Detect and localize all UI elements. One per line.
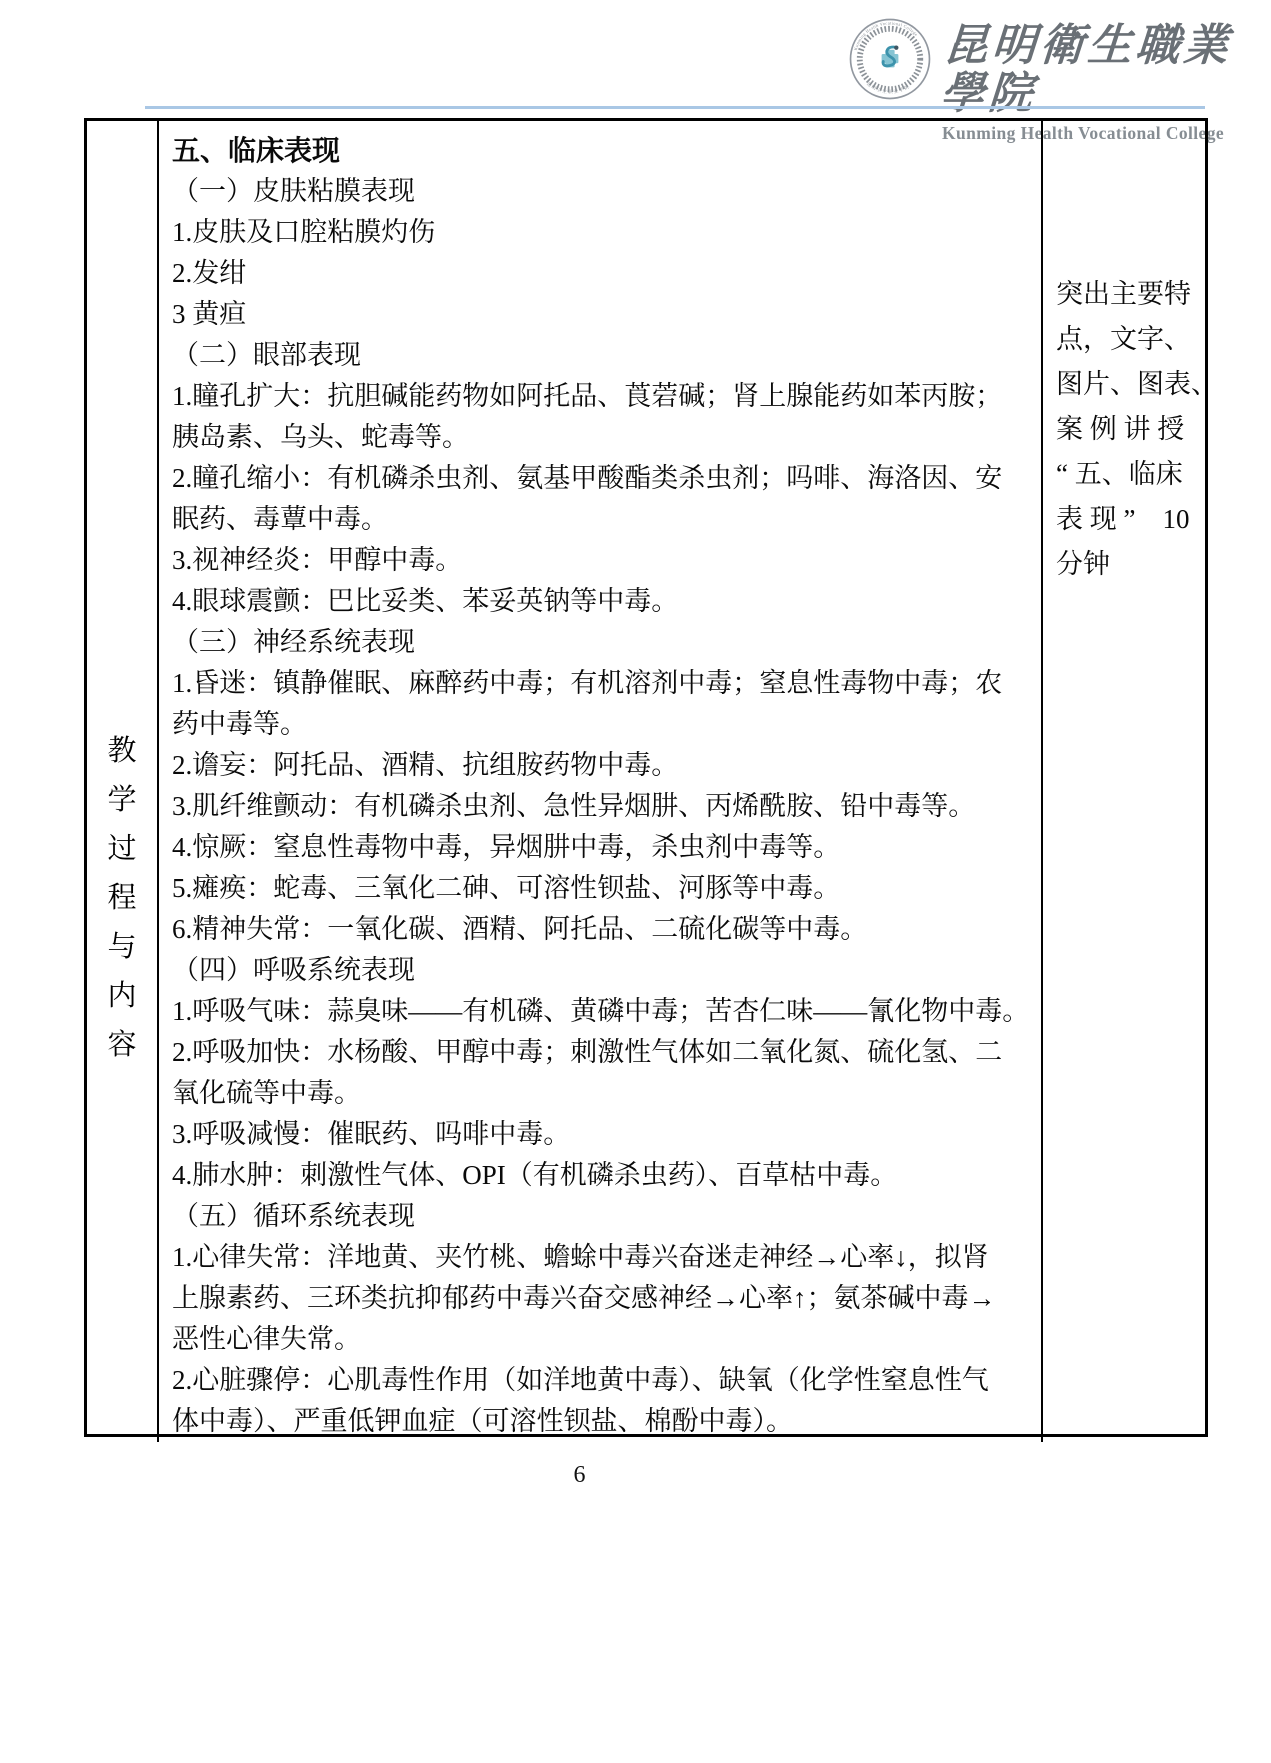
content-line: 2.谵妄：阿托品、酒精、抗组胺药物中毒。 [172, 745, 1031, 786]
content-line: 1.昏迷：镇静催眠、麻醉药中毒；有机溶剂中毒；窒息性毒物中毒；农 [172, 663, 1031, 704]
note-line: 点，文字、 [1056, 317, 1218, 362]
seal-dragon-head [894, 45, 898, 49]
content-line: 3.视神经炎：甲醇中毒。 [172, 540, 1031, 581]
college-seal-logo: Kunming Health Vocational College 昆明卫生职业… [848, 16, 932, 102]
content-line: 上腺素药、三环类抗抑郁药中毒兴奋交感神经→心率↑；氨茶碱中毒→ [172, 1278, 1031, 1319]
table-cell-notes: 突出主要特点，文字、图片、图表、案 例 讲 授“ 五、临床表 现 ” 10分钟 [1043, 121, 1226, 1442]
content-line: 1.心律失常：洋地黄、夹竹桃、蟾蜍中毒兴奋迷走神经→心率↓，拟肾 [172, 1237, 1031, 1278]
content-line: 3.肌纤维颤动：有机磷杀虫剂、急性异烟肼、丙烯酰胺、铅中毒等。 [172, 786, 1031, 827]
table-cell-row-header: 教 学 过 程 与 内 容 [87, 121, 159, 1442]
page-number: 6 [0, 1462, 1159, 1489]
note-line: 突出主要特 [1056, 272, 1218, 317]
content-line: （二）眼部表现 [172, 335, 1031, 376]
lesson-plan-table: 教 学 过 程 与 内 容 五、临床表现（一）皮肤粘膜表现1.皮肤及口腔粘膜灼伤… [84, 118, 1208, 1437]
college-name-calligraphy: 昆明衛生職業學院 [939, 22, 1271, 118]
content-line: 体中毒）、严重低钾血症（可溶性钡盐、棉酚中毒）。 [172, 1401, 1031, 1442]
content-line: 5.瘫痪：蛇毒、三氧化二砷、可溶性钡盐、河豚等中毒。 [172, 868, 1031, 909]
content-line: 2.瞳孔缩小：有机磷杀虫剂、氨基甲酸酯类杀虫剂；吗啡、海洛因、安 [172, 458, 1031, 499]
note-line: 图片、图表、 [1056, 362, 1218, 407]
content-line: 胰岛素、乌头、蛇毒等。 [172, 417, 1031, 458]
document-page: Kunming Health Vocational College 昆明卫生职业… [0, 0, 1271, 1763]
content-line: （一）皮肤粘膜表现 [172, 171, 1031, 212]
note-line: “ 五、临床 [1056, 452, 1218, 497]
content-line: 3.呼吸减慢：催眠药、吗啡中毒。 [172, 1114, 1031, 1155]
content-line: 2.发绀 [172, 253, 1031, 294]
content-line: 2.心脏骤停：心肌毒性作用（如洋地黄中毒）、缺氧（化学性窒息性气 [172, 1360, 1031, 1401]
content-line: 五、临床表现 [172, 130, 1031, 171]
content-line: 4.惊厥：窒息性毒物中毒，异烟肼中毒，杀虫剂中毒等。 [172, 827, 1031, 868]
note-line: 分钟 [1056, 542, 1218, 587]
content-line: 4.眼球震颤：巴比妥类、苯妥英钠等中毒。 [172, 581, 1031, 622]
content-line: （四）呼吸系统表现 [172, 950, 1031, 991]
content-line: 4.肺水肿：刺激性气体、OPI（有机磷杀虫药）、百草枯中毒。 [172, 1155, 1031, 1196]
header-divider [145, 106, 1205, 109]
content-line: （三）神经系统表现 [172, 622, 1031, 663]
row-header-teaching-process: 教 学 过 程 与 内 容 [87, 121, 157, 1070]
content-line: 1.呼吸气味：蒜臭味——有机磷、黄磷中毒；苦杏仁味——氰化物中毒。 [172, 991, 1031, 1032]
content-line: 6.精神失常：一氧化碳、酒精、阿托品、二硫化碳等中毒。 [172, 909, 1031, 950]
content-line: （五）循环系统表现 [172, 1196, 1031, 1237]
note-lines: 突出主要特点，文字、图片、图表、案 例 讲 授“ 五、临床表 现 ” 10分钟 [1056, 272, 1218, 587]
note-line: 案 例 讲 授 [1056, 407, 1218, 452]
content-line: 眠药、毒蕈中毒。 [172, 499, 1031, 540]
content-line: 2.呼吸加快：水杨酸、甲醇中毒；刺激性气体如二氧化氮、硫化氢、二 [172, 1032, 1031, 1073]
content-lines: 五、临床表现（一）皮肤粘膜表现1.皮肤及口腔粘膜灼伤2.发绀3 黄疸（二）眼部表… [172, 130, 1031, 1442]
table-cell-content: 五、临床表现（一）皮肤粘膜表现1.皮肤及口腔粘膜灼伤2.发绀3 黄疸（二）眼部表… [159, 121, 1043, 1442]
content-line: 1.皮肤及口腔粘膜灼伤 [172, 212, 1031, 253]
content-line: 药中毒等。 [172, 704, 1031, 745]
content-line: 1.瞳孔扩大：抗胆碱能药物如阿托品、莨菪碱；肾上腺能药如苯丙胺； [172, 376, 1031, 417]
content-line: 恶性心律失常。 [172, 1319, 1031, 1360]
content-line: 3 黄疸 [172, 294, 1031, 335]
content-line: 氧化硫等中毒。 [172, 1073, 1031, 1114]
note-line: 表 现 ” 10 [1056, 497, 1218, 542]
